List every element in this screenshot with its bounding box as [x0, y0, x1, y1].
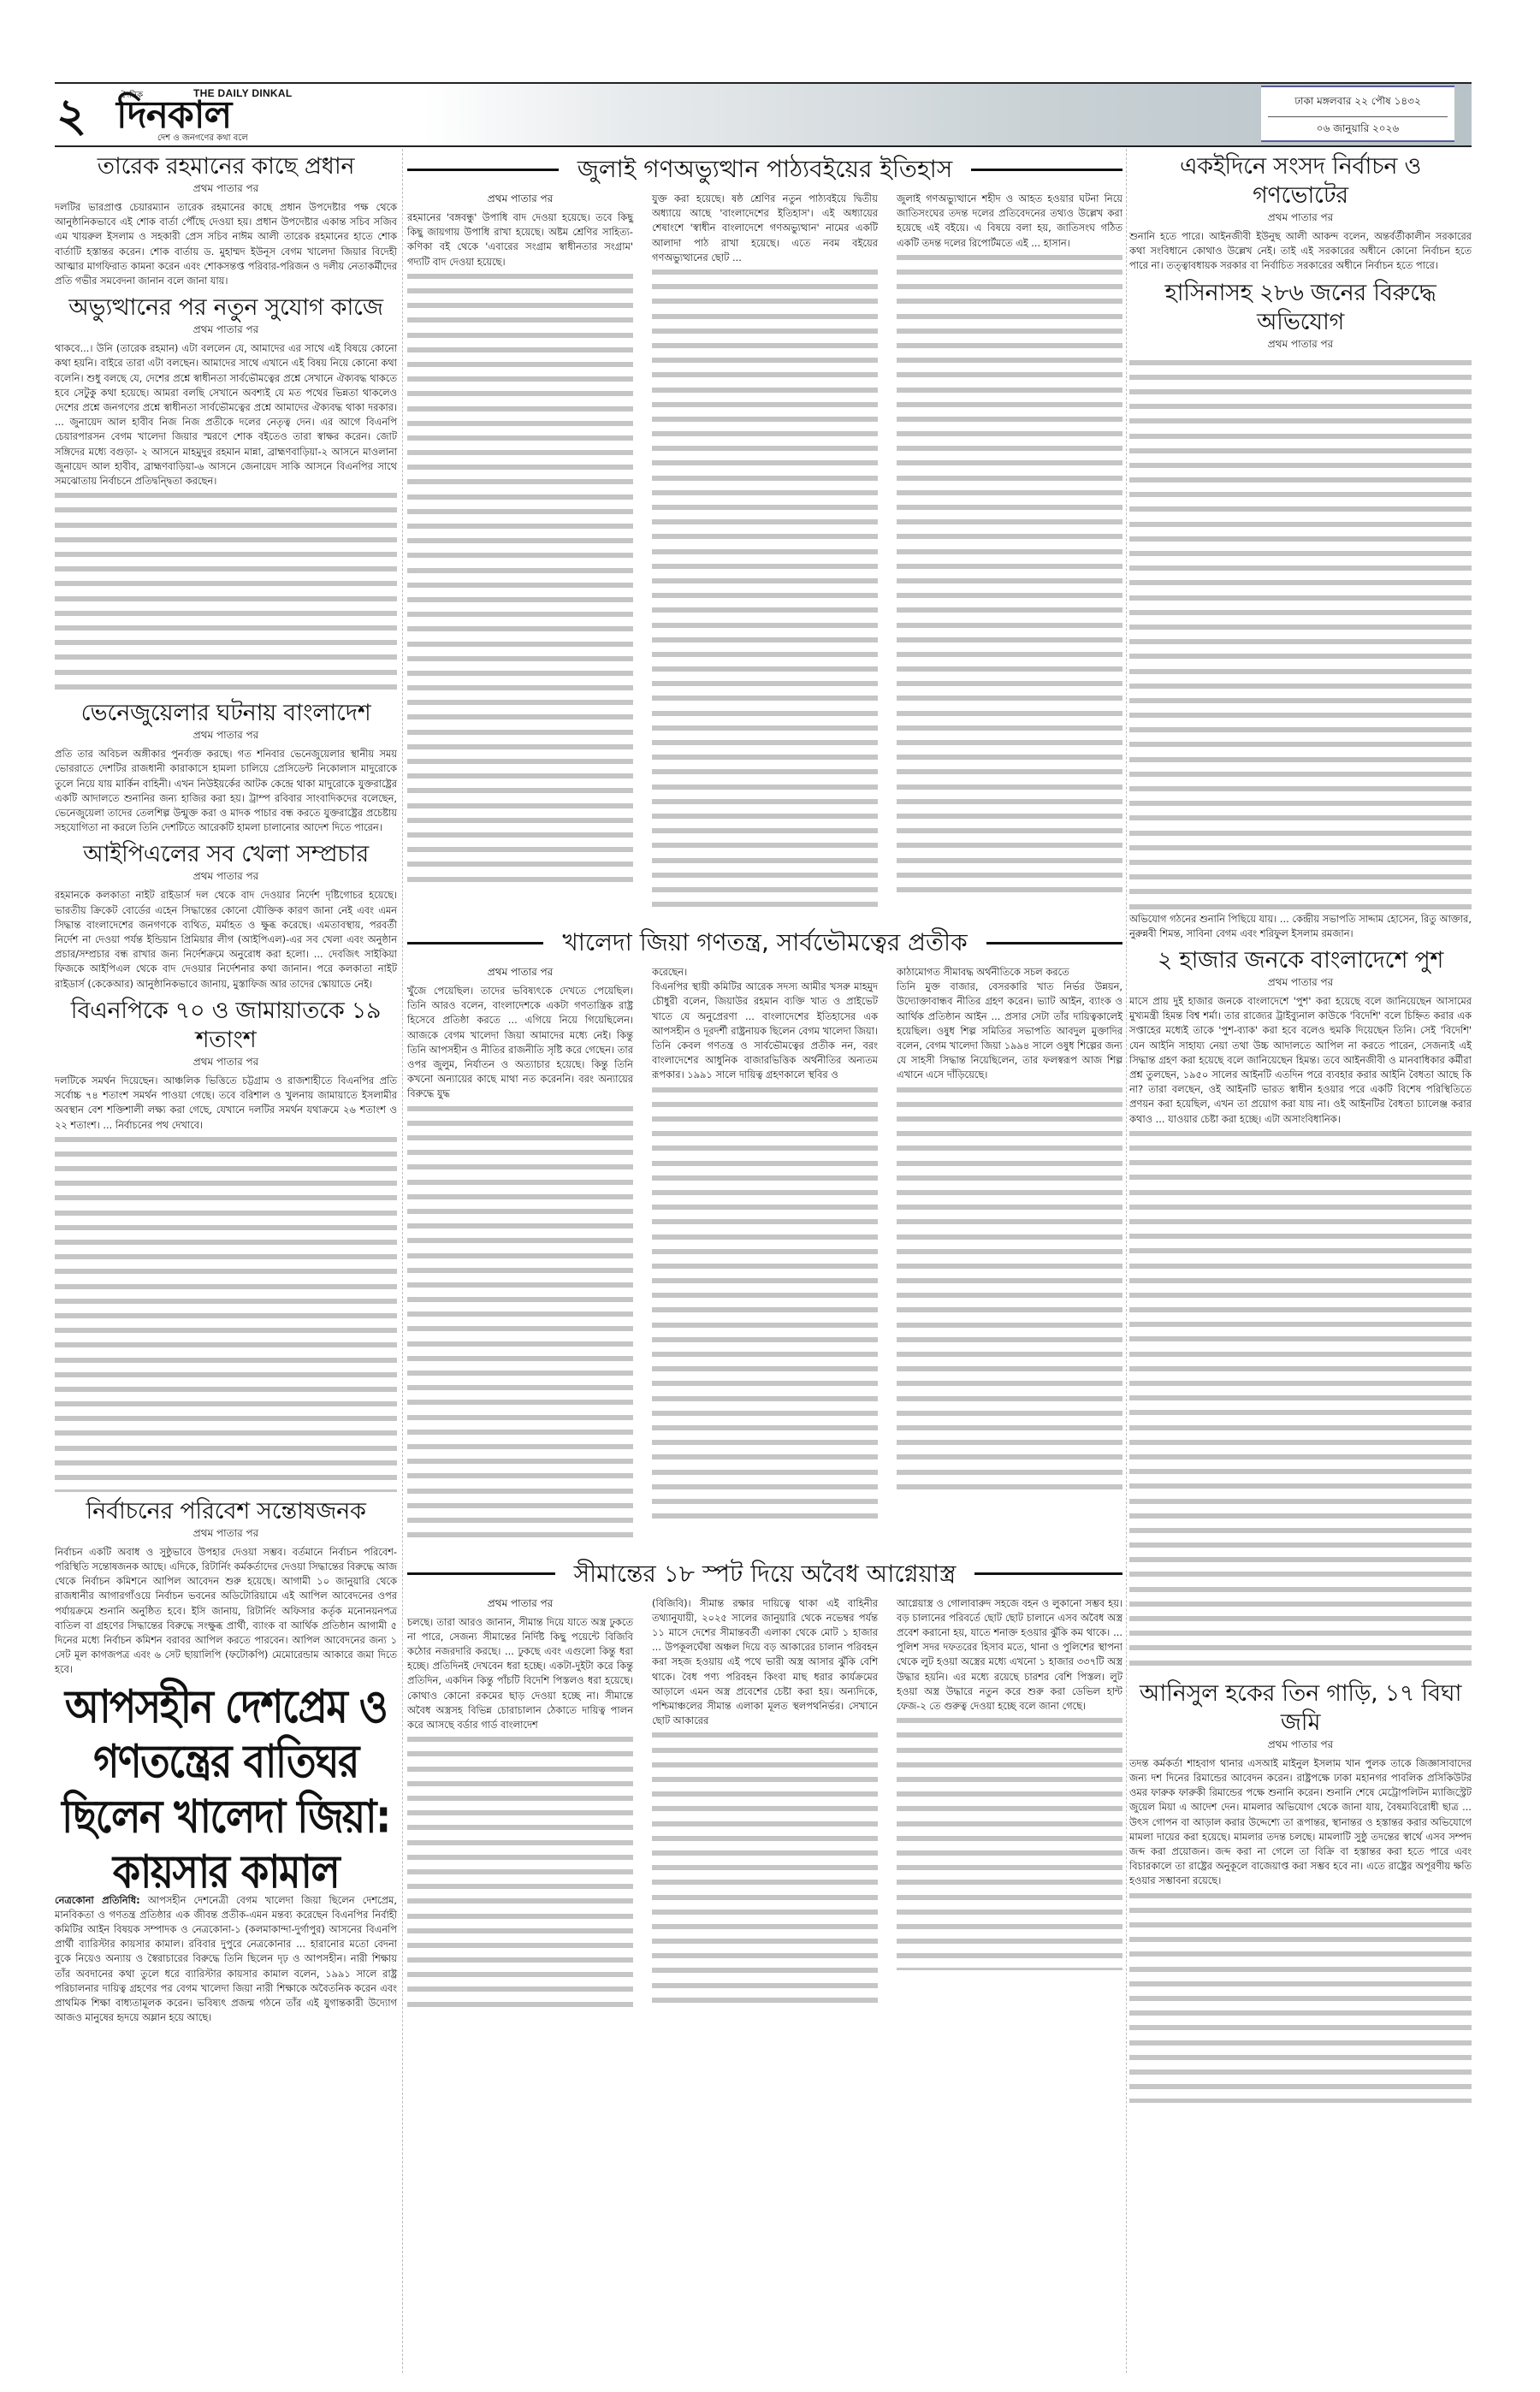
logo-main-text: দিনকাল — [116, 94, 231, 137]
article: একইদিনে সংসদ নির্বাচন ও গণভোটের প্রথম পা… — [1129, 152, 1472, 274]
article-body: থাকবে...। উনি (তারেক রহমান) এটা বললেন যে… — [55, 341, 397, 488]
continued-label: প্রথম পাতার পর — [407, 1596, 633, 1613]
article-body: (বিজিবি)। সীমান্ত রক্ষার দায়িত্বে থাকা … — [652, 1596, 878, 1729]
article-columns: প্রথম পাতার পর রহমানের 'বঙ্গবন্ধু' উপাধি… — [407, 192, 1122, 915]
masthead: ২ দৈনিক THE DAILY DINKAL দিনকাল দেশ ও জন… — [55, 82, 1472, 147]
feature-headline-line1: আপসহীন দেশপ্রেম ও গণতন্ত্রের বাতিঘর — [55, 1679, 397, 1789]
continued-label: প্রথম পাতার পর — [1129, 337, 1472, 354]
article-headline: আনিসুল হকের তিন গাড়ি, ১৭ বিঘা জমি — [1129, 1679, 1472, 1738]
right-column: একইদিনে সংসদ নির্বাচন ও গণভোটের প্রথম পা… — [1129, 149, 1472, 2108]
continued-label: প্রথম পাতার পর — [55, 869, 397, 886]
text-lines — [897, 1714, 1122, 1970]
article-body: খুঁজে পেয়েছিল। তাদের ভবিষ্যৎকে দেখতে পে… — [407, 984, 633, 1102]
article-body: চলছে। তারা আরও জানান, সীমান্ত দিয়ে যাতে… — [407, 1615, 633, 1733]
text-column: করেছেন। বিএনপির স্থায়ী কমিটির আরেক সদস্… — [652, 965, 878, 1547]
continued-label: প্রথম পাতার পর — [55, 728, 397, 745]
text-column: প্রথম পাতার পর রহমানের 'বঙ্গবন্ধু' উপাধি… — [407, 192, 633, 915]
header-rule-right — [974, 1572, 1122, 1575]
continued-label: প্রথম পাতার পর — [407, 192, 633, 209]
column-divider — [1126, 149, 1127, 2373]
continued-label: প্রথম পাতার পর — [55, 323, 397, 340]
text-lines — [407, 1102, 633, 1547]
article-headline: তারেক রহমানের কাছে প্রধান — [55, 152, 397, 181]
continued-lead: করেছেন। — [652, 965, 878, 980]
article: আইপিএলের সব খেলা সম্প্রচার প্রথম পাতার প… — [55, 840, 397, 991]
continued-label: প্রথম পাতার পর — [55, 181, 397, 198]
text-column: জুলাই গণঅভ্যুত্থানে শহীদ ও আহত হওয়ার ঘট… — [897, 192, 1122, 915]
continued-label: প্রথম পাতার পর — [55, 1055, 397, 1072]
middle-column: জুলাই গণঅভ্যুত্থান পাঠ্যবইয়ের ইতিহাস প্… — [407, 149, 1122, 2020]
text-lines — [1129, 356, 1472, 912]
article: ভেনেজুয়েলার ঘটনায় বাংলাদেশ প্রথম পাতার… — [55, 699, 397, 835]
continued-label: প্রথম পাতার পর — [55, 1526, 397, 1543]
section-header: সীমান্তের ১৮ স্পট দিয়ে অবৈধ আগ্নেয়াস্ত… — [407, 1559, 1122, 1590]
section-header: খালেদা জিয়া গণতন্ত্র, সার্বভৌমত্বের প্র… — [407, 927, 1122, 958]
left-column: তারেক রহমানের কাছে প্রধান প্রথম পাতার পর… — [55, 149, 397, 2030]
header-rule-left — [407, 942, 543, 944]
article-headline: একইদিনে সংসদ নির্বাচন ও গণভোটের — [1129, 152, 1472, 210]
section-header: জুলাই গণঅভ্যুত্থান পাঠ্যবইয়ের ইতিহাস — [407, 154, 1122, 185]
continued-label: প্রথম পাতার পর — [1129, 975, 1472, 992]
date-box: ঢাকা মঙ্গলবার ২২ পৌষ ১৪৩২ ০৬ জানুয়ারি ২… — [1261, 86, 1454, 142]
text-lines — [55, 488, 397, 694]
article-body: শুনানি হতে পারে। আইনজীবী ইউনুছ আলী আকন্দ… — [1129, 229, 1472, 274]
header-rule-left — [407, 169, 559, 171]
article-body: তদন্ত কর্মকর্তা শাহবাগ থানার এসআই মাইনুল… — [1129, 1756, 1472, 1889]
article-body: জুলাই গণঅভ্যুত্থানে শহীদ ও আহত হওয়ার ঘট… — [897, 192, 1122, 251]
header-rule-left — [407, 1572, 555, 1575]
text-lines — [1129, 1127, 1472, 1674]
header-rule-right — [971, 169, 1122, 171]
header-rule-right — [986, 942, 1122, 944]
article-body: রহমানকে কলকাতা নাইট রাইডার্স দল থেকে বাদ… — [55, 888, 397, 991]
article-body: নির্বাচন একটি অবাধ ও সুষ্ঠুভাবে উপহার দে… — [55, 1545, 397, 1678]
date-english: ০৬ জানুয়ারি ২০২৬ — [1261, 117, 1454, 139]
text-lines — [652, 1083, 878, 1528]
article-body: দলটিকে সমর্থন দিয়েছেন। আঞ্চলিক ভিত্তিতে… — [55, 1074, 397, 1133]
newspaper-page: ২ দৈনিক THE DAILY DINKAL দিনকাল দেশ ও জন… — [55, 82, 1472, 147]
article-headline: আইপিএলের সব খেলা সম্প্রচার — [55, 840, 397, 869]
article-body: প্রতি তার অবিচল অঙ্গীকার পুনর্ব্যক্ত করছ… — [55, 747, 397, 835]
article-july-uprising: জুলাই গণঅভ্যুত্থান পাঠ্যবইয়ের ইতিহাস প্… — [407, 154, 1122, 915]
continued-lead: কাঠামোগত সীমাবদ্ধ অর্থনীতিকে সচল করতে — [897, 965, 1122, 980]
text-column: যুক্ত করা হয়েছে। ষষ্ঠ শ্রেণির নতুন পাঠ্… — [652, 192, 878, 915]
article-border-arms: সীমান্তের ১৮ স্পট দিয়ে অবৈধ আগ্নেয়াস্ত… — [407, 1559, 1122, 2016]
article-headline: ২ হাজার জনকে বাংলাদেশে পুশ — [1129, 946, 1472, 975]
article-body: রহমানের 'বঙ্গবন্ধু' উপাধি বাদ দেওয়া হয়… — [407, 210, 633, 269]
article-body: অভিযোগ গঠনের শুনানি পিছিয়ে যায়। ... কে… — [1129, 912, 1472, 941]
text-lines — [1129, 1889, 1472, 2103]
article: অভ্যুত্থানের পর নতুন সুযোগ কাজে প্রথম পা… — [55, 293, 397, 694]
text-column: প্রথম পাতার পর চলছে। তারা আরও জানান, সীম… — [407, 1596, 633, 2016]
article-body: মাসে প্রায় দুই হাজার জনকে বাংলাদেশে 'পু… — [1129, 994, 1472, 1127]
article: আনিসুল হকের তিন গাড়ি, ১৭ বিঘা জমি প্রথম… — [1129, 1679, 1472, 2103]
text-lines — [55, 1133, 397, 1492]
article: ২ হাজার জনকে বাংলাদেশে পুশ প্রথম পাতার প… — [1129, 946, 1472, 1674]
text-lines — [897, 1083, 1122, 1494]
article-headline: ভেনেজুয়েলার ঘটনায় বাংলাদেশ — [55, 699, 397, 728]
text-column: (বিজিবি)। সীমান্ত রক্ষার দায়িত্বে থাকা … — [652, 1596, 878, 2016]
continued-label: প্রথম পাতার পর — [407, 965, 633, 982]
feature-headline: আপসহীন দেশপ্রেম ও গণতন্ত্রের বাতিঘর ছিলে… — [55, 1679, 397, 1899]
page-number: ২ — [56, 89, 86, 140]
article-headline: নির্বাচনের পরিবেশ সন্তোষজনক — [55, 1497, 397, 1526]
feature-body: নেত্রকোনা প্রতিনিধি: আপসহীন দেশনেত্রী বে… — [55, 1893, 397, 2026]
text-lines — [407, 269, 633, 890]
text-column: কাঠামোগত সীমাবদ্ধ অর্থনীতিকে সচল করতে তি… — [897, 965, 1122, 1547]
article-columns: প্রথম পাতার পর চলছে। তারা আরও জানান, সীম… — [407, 1596, 1122, 2016]
article-headline: জুলাই গণঅভ্যুত্থান পাঠ্যবইয়ের ইতিহাস — [577, 154, 953, 185]
article-khaleda-zia: খালেদা জিয়া গণতন্ত্র, সার্বভৌমত্বের প্র… — [407, 927, 1122, 1547]
date-bangla: ঢাকা মঙ্গলবার ২২ পৌষ ১৪৩২ — [1268, 87, 1448, 117]
column-divider — [402, 149, 403, 2373]
article-body: তিনি মুক্ত বাজার, বেসরকারি খাত নির্ভর উন… — [897, 980, 1122, 1082]
article-headline: খালেদা জিয়া গণতন্ত্র, সার্বভৌমত্বের প্র… — [562, 927, 967, 958]
article: বিএনপিকে ৭০ ও জামায়াতকে ১৯ শতাংশ প্রথম … — [55, 997, 397, 1492]
text-lines — [897, 251, 1122, 901]
article: নির্বাচনের পরিবেশ সন্তোষজনক প্রথম পাতার … — [55, 1497, 397, 1678]
article: তারেক রহমানের কাছে প্রধান প্রথম পাতার পর… — [55, 152, 397, 288]
text-lines — [652, 265, 878, 915]
article-columns: প্রথম পাতার পর খুঁজে পেয়েছিল। তাদের ভবি… — [407, 965, 1122, 1547]
article-headline: সীমান্তের ১৮ স্পট দিয়ে অবৈধ আগ্নেয়াস্ত… — [574, 1559, 957, 1590]
logo-tagline: দেশ ও জনগণের কথা বলে — [157, 132, 248, 146]
text-lines — [407, 1732, 633, 2015]
article-headline: হাসিনাসহ ২৮৬ জনের বিরুদ্ধে অভিযোগ — [1129, 279, 1472, 337]
feature-text: আপসহীন দেশনেত্রী বেগম খালেদা জিয়া ছিলেন… — [55, 1894, 397, 2024]
continued-label: প্রথম পাতার পর — [1129, 210, 1472, 228]
article-headline: অভ্যুত্থানের পর নতুন সুযোগ কাজে — [55, 293, 397, 323]
feature-story: আপসহীন দেশপ্রেম ও গণতন্ত্রের বাতিঘর ছিলে… — [55, 1693, 397, 2026]
newspaper-logo: দৈনিক THE DAILY DINKAL দিনকাল দেশ ও জনগণ… — [116, 86, 364, 144]
article-body: আগ্নেয়াস্ত্র ও গোলাবারুদ সহজে বহন ও লুক… — [897, 1596, 1122, 1714]
article-headline: বিএনপিকে ৭০ ও জামায়াতকে ১৯ শতাংশ — [55, 997, 397, 1055]
article-body: দলটির ভারপ্রাপ্ত চেয়ারম্যান তারেক রহমান… — [55, 200, 397, 288]
text-column: আগ্নেয়াস্ত্র ও গোলাবারুদ সহজে বহন ও লুক… — [897, 1596, 1122, 2016]
article: হাসিনাসহ ২৮৬ জনের বিরুদ্ধে অভিযোগ প্রথম … — [1129, 279, 1472, 941]
continued-label: প্রথম পাতার পর — [1129, 1738, 1472, 1755]
article-body: যুক্ত করা হয়েছে। ষষ্ঠ শ্রেণির নতুন পাঠ্… — [652, 192, 878, 265]
article-body: বিএনপির স্থায়ী কমিটির আরেক সদস্য আমীর খ… — [652, 980, 878, 1082]
feature-headline-line2: ছিলেন খালেদা জিয়া: কায়সার কামাল — [55, 1789, 397, 1899]
text-column: প্রথম পাতার পর খুঁজে পেয়েছিল। তাদের ভবি… — [407, 965, 633, 1547]
text-lines — [652, 1728, 878, 2010]
